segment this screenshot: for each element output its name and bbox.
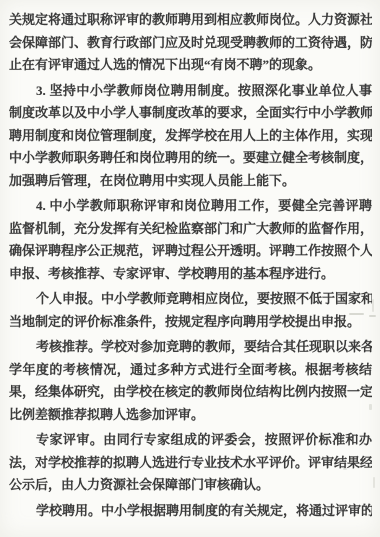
text-line: 制度改革以及中小学人事制度改革的要求，全面实行中小学教师 <box>9 102 372 125</box>
text-line: 比例差额推荐拟聘人选参加评审。 <box>9 404 372 427</box>
text-line: 个人申报。中小学教师竞聘相应岗位，要按照不低于国家和 <box>9 288 372 311</box>
text-line: 当地制定的评价标准条件，按规定程序向聘用学校提出申报。 <box>9 311 372 334</box>
text-line: 止在有评审通过人选的情况下出现“有岗不聘”的现象。 <box>9 54 372 77</box>
scan-artifact <box>372 299 374 312</box>
text-line: 3. 坚持中小学教师岗位聘用制度。按照深化事业单位人事 <box>9 80 372 103</box>
text-line: 学年度的考核情况，通过多种方式进行全面考核。根据考核结 <box>9 359 372 382</box>
paragraph: 考核推荐。学校对参加竞聘的教师，要结合其任现职以来各 学年度的考核情况，通过多种… <box>9 336 372 426</box>
paragraph: 学校聘用。中小学根据聘用制度的有关规定，将通过评审的 <box>9 500 372 523</box>
document-page: 关规定将通过职称评审的教师聘用到相应教师岗位。人力资源社 会保障部门、教育行政部… <box>0 0 380 537</box>
text-line: 公示后，由人力资源社会保障部门审核确认。 <box>9 474 372 497</box>
text-line: 监督机制，充分发挥有关纪检监察部门和广大教师的监督作用， <box>9 218 372 241</box>
paragraph: 3. 坚持中小学教师岗位聘用制度。按照深化事业单位人事 制度改革以及中小学人事制… <box>9 80 372 193</box>
text-line: 4. 中小学教师职称评审和岗位聘用工作，要健全完善评聘 <box>9 195 372 218</box>
text-line: 专家评审。由同行专家组成的评委会，按照评价标准和办 <box>9 429 372 452</box>
scan-artifact <box>349 313 364 315</box>
scan-artifact <box>373 477 375 488</box>
text-line: 会保障部门、教育行政部门应及时兑现受聘教师的工资待遇，防 <box>9 32 372 55</box>
text-line: 果，经集体研究，由学校在核定的教师岗位结构比例内按照一定 <box>9 381 372 404</box>
text-line: 关规定将通过职称评审的教师聘用到相应教师岗位。人力资源社 <box>9 9 372 32</box>
scan-artifact <box>343 468 347 470</box>
text-line: 中小学教师职务聘任和岗位聘用的统一。要建立健全考核制度， <box>9 147 372 170</box>
paragraph: 4. 中小学教师职称评审和岗位聘用工作，要健全完善评聘 监督机制，充分发挥有关纪… <box>9 195 372 285</box>
paragraph: 专家评审。由同行专家组成的评委会，按照评价标准和办 法，对学校推荐的拟聘人选进行… <box>9 429 372 497</box>
paragraph: 关规定将通过职称评审的教师聘用到相应教师岗位。人力资源社 会保障部门、教育行政部… <box>9 9 372 77</box>
scan-artifact <box>369 315 376 317</box>
text-line: 加强聘后管理，在岗位聘用中实现人员能上能下。 <box>9 170 372 193</box>
text-line: 确保评聘程序公正规范，评聘过程公开透明。评聘工作按照个人 <box>9 240 372 263</box>
scan-artifact <box>369 404 372 410</box>
text-line: 考核推荐。学校对参加竞聘的教师，要结合其任现职以来各 <box>9 336 372 359</box>
paragraph: 个人申报。中小学教师竞聘相应岗位，要按照不低于国家和 当地制定的评价标准条件，按… <box>9 288 372 333</box>
text-line: 学校聘用。中小学根据聘用制度的有关规定，将通过评审的 <box>9 500 372 523</box>
text-line: 法，对学校推荐的拟聘人选进行专业技术水平评价。评审结果经 <box>9 452 372 475</box>
text-line: 聘用制度和岗位管理制度，发挥学校在用人上的主体作用，实现 <box>9 125 372 148</box>
text-line: 申报、考核推荐、专家评审、学校聘用的基本程序进行。 <box>9 263 372 286</box>
